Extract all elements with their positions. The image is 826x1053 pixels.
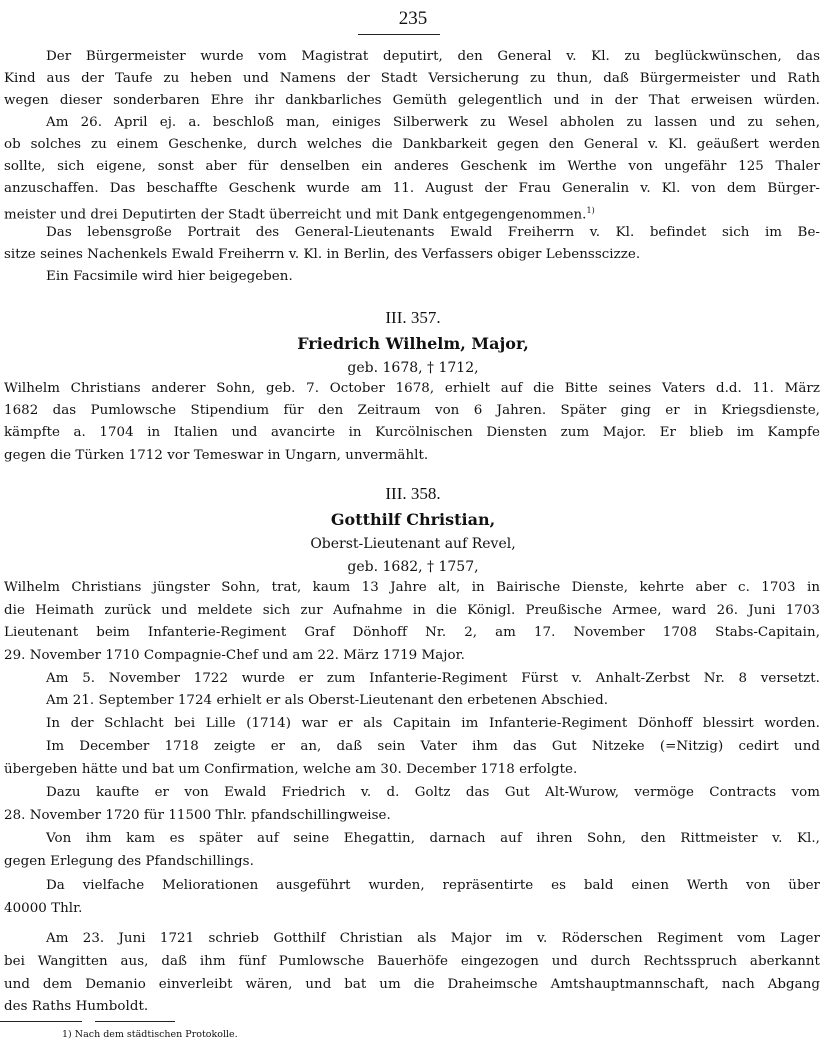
entry-358-number: III. 358.: [0, 483, 826, 505]
text-line: Da vielfache Meliorationen ausgeführt wu…: [46, 876, 820, 896]
text-line: Im December 1718 zeigte er an, daß sein …: [46, 737, 820, 757]
text-line: 1682 das Pumlowsche Stipendium für den Z…: [4, 401, 820, 421]
page-number: 235: [0, 8, 826, 30]
text-line: gegen die Türken 1712 vor Temeswar in Un…: [4, 446, 820, 466]
text-line: des Raths Humboldt.: [4, 997, 820, 1017]
text-line: Am 21. September 1724 erhielt er als Obe…: [46, 691, 820, 711]
text-line: Ein Facsimile wird hier beigegeben.: [46, 267, 820, 287]
footnote: 1) Nach dem städtischen Protokolle.: [62, 1029, 238, 1040]
entry-358-dates: geb. 1682, † 1757,: [0, 556, 826, 578]
text-line: Am 26. April ej. a. beschloß man, einige…: [46, 113, 820, 133]
text-line: sollte, sich eigene, sonst aber für dens…: [4, 157, 820, 177]
header-divider: [358, 34, 440, 35]
document-page: 235 Der Bürgermeister wurde vom Magistra…: [0, 0, 826, 1053]
text-line: Kind aus der Taufe zu heben und Namens d…: [4, 69, 820, 89]
text-line: sitze seines Nachenkels Ewald Freiherrn …: [4, 245, 820, 265]
text-line: anzuschaffen. Das beschaffte Geschenk wu…: [4, 179, 820, 199]
text-line: 40000 Thlr.: [4, 899, 820, 919]
text-line: In der Schlacht bei Lille (1714) war er …: [46, 714, 820, 734]
footnote-reference[interactable]: 1): [586, 206, 594, 215]
text-line: die Heimath zurück und meldete sich zur …: [4, 601, 820, 621]
text-line: 28. November 1720 für 11500 Thlr. pfands…: [4, 806, 820, 826]
footnote-divider: [0, 1021, 82, 1022]
text-line: meister und drei Deputirten der Stadt üb…: [4, 201, 820, 225]
text-line: und dem Demanio einverleibt wären, und b…: [4, 975, 820, 995]
entry-357-number: III. 357.: [0, 307, 826, 329]
text-line: wegen dieser sonderbaren Ehre ihr dankba…: [4, 91, 820, 111]
text-line-content: meister und drei Deputirten der Stadt üb…: [4, 207, 586, 222]
entry-357-name: Friedrich Wilhelm, Major,: [0, 333, 826, 355]
text-line: 29. November 1710 Compagnie-Chef und am …: [4, 646, 820, 666]
text-line: Am 23. Juni 1721 schrieb Gotthilf Christ…: [46, 929, 820, 949]
text-line: übergeben hätte und bat um Confirmation,…: [4, 760, 820, 780]
text-line: ob solches zu einem Geschenke, durch wel…: [4, 135, 820, 155]
text-line: Dazu kaufte er von Ewald Friedrich v. d.…: [46, 783, 820, 803]
entry-358-name: Gotthilf Christian,: [0, 509, 826, 531]
text-line: kämpfte a. 1704 in Italien und avancirte…: [4, 423, 820, 443]
entry-357-dates: geb. 1678, † 1712,: [0, 357, 826, 379]
text-line: Von ihm kam es später auf seine Ehegatti…: [46, 829, 820, 849]
text-line: bei Wangitten aus, daß ihm fünf Pumlowsc…: [4, 952, 820, 972]
footnote-divider: [95, 1021, 175, 1022]
text-line: Wilhelm Christians jüngster Sohn, trat, …: [4, 578, 820, 598]
text-line: Das lebensgroße Portrait des General-Lie…: [46, 223, 820, 243]
text-line: gegen Erlegung des Pfandschillings.: [4, 852, 820, 872]
text-line: Wilhelm Christians anderer Sohn, geb. 7.…: [4, 379, 820, 399]
text-line: Am 5. November 1722 wurde er zum Infante…: [46, 669, 820, 689]
text-line: Lieutenant beim Infanterie-Regiment Graf…: [4, 623, 820, 643]
entry-358-rank: Oberst-Lieutenant auf Revel,: [0, 533, 826, 555]
text-line: Der Bürgermeister wurde vom Magistrat de…: [46, 47, 820, 67]
